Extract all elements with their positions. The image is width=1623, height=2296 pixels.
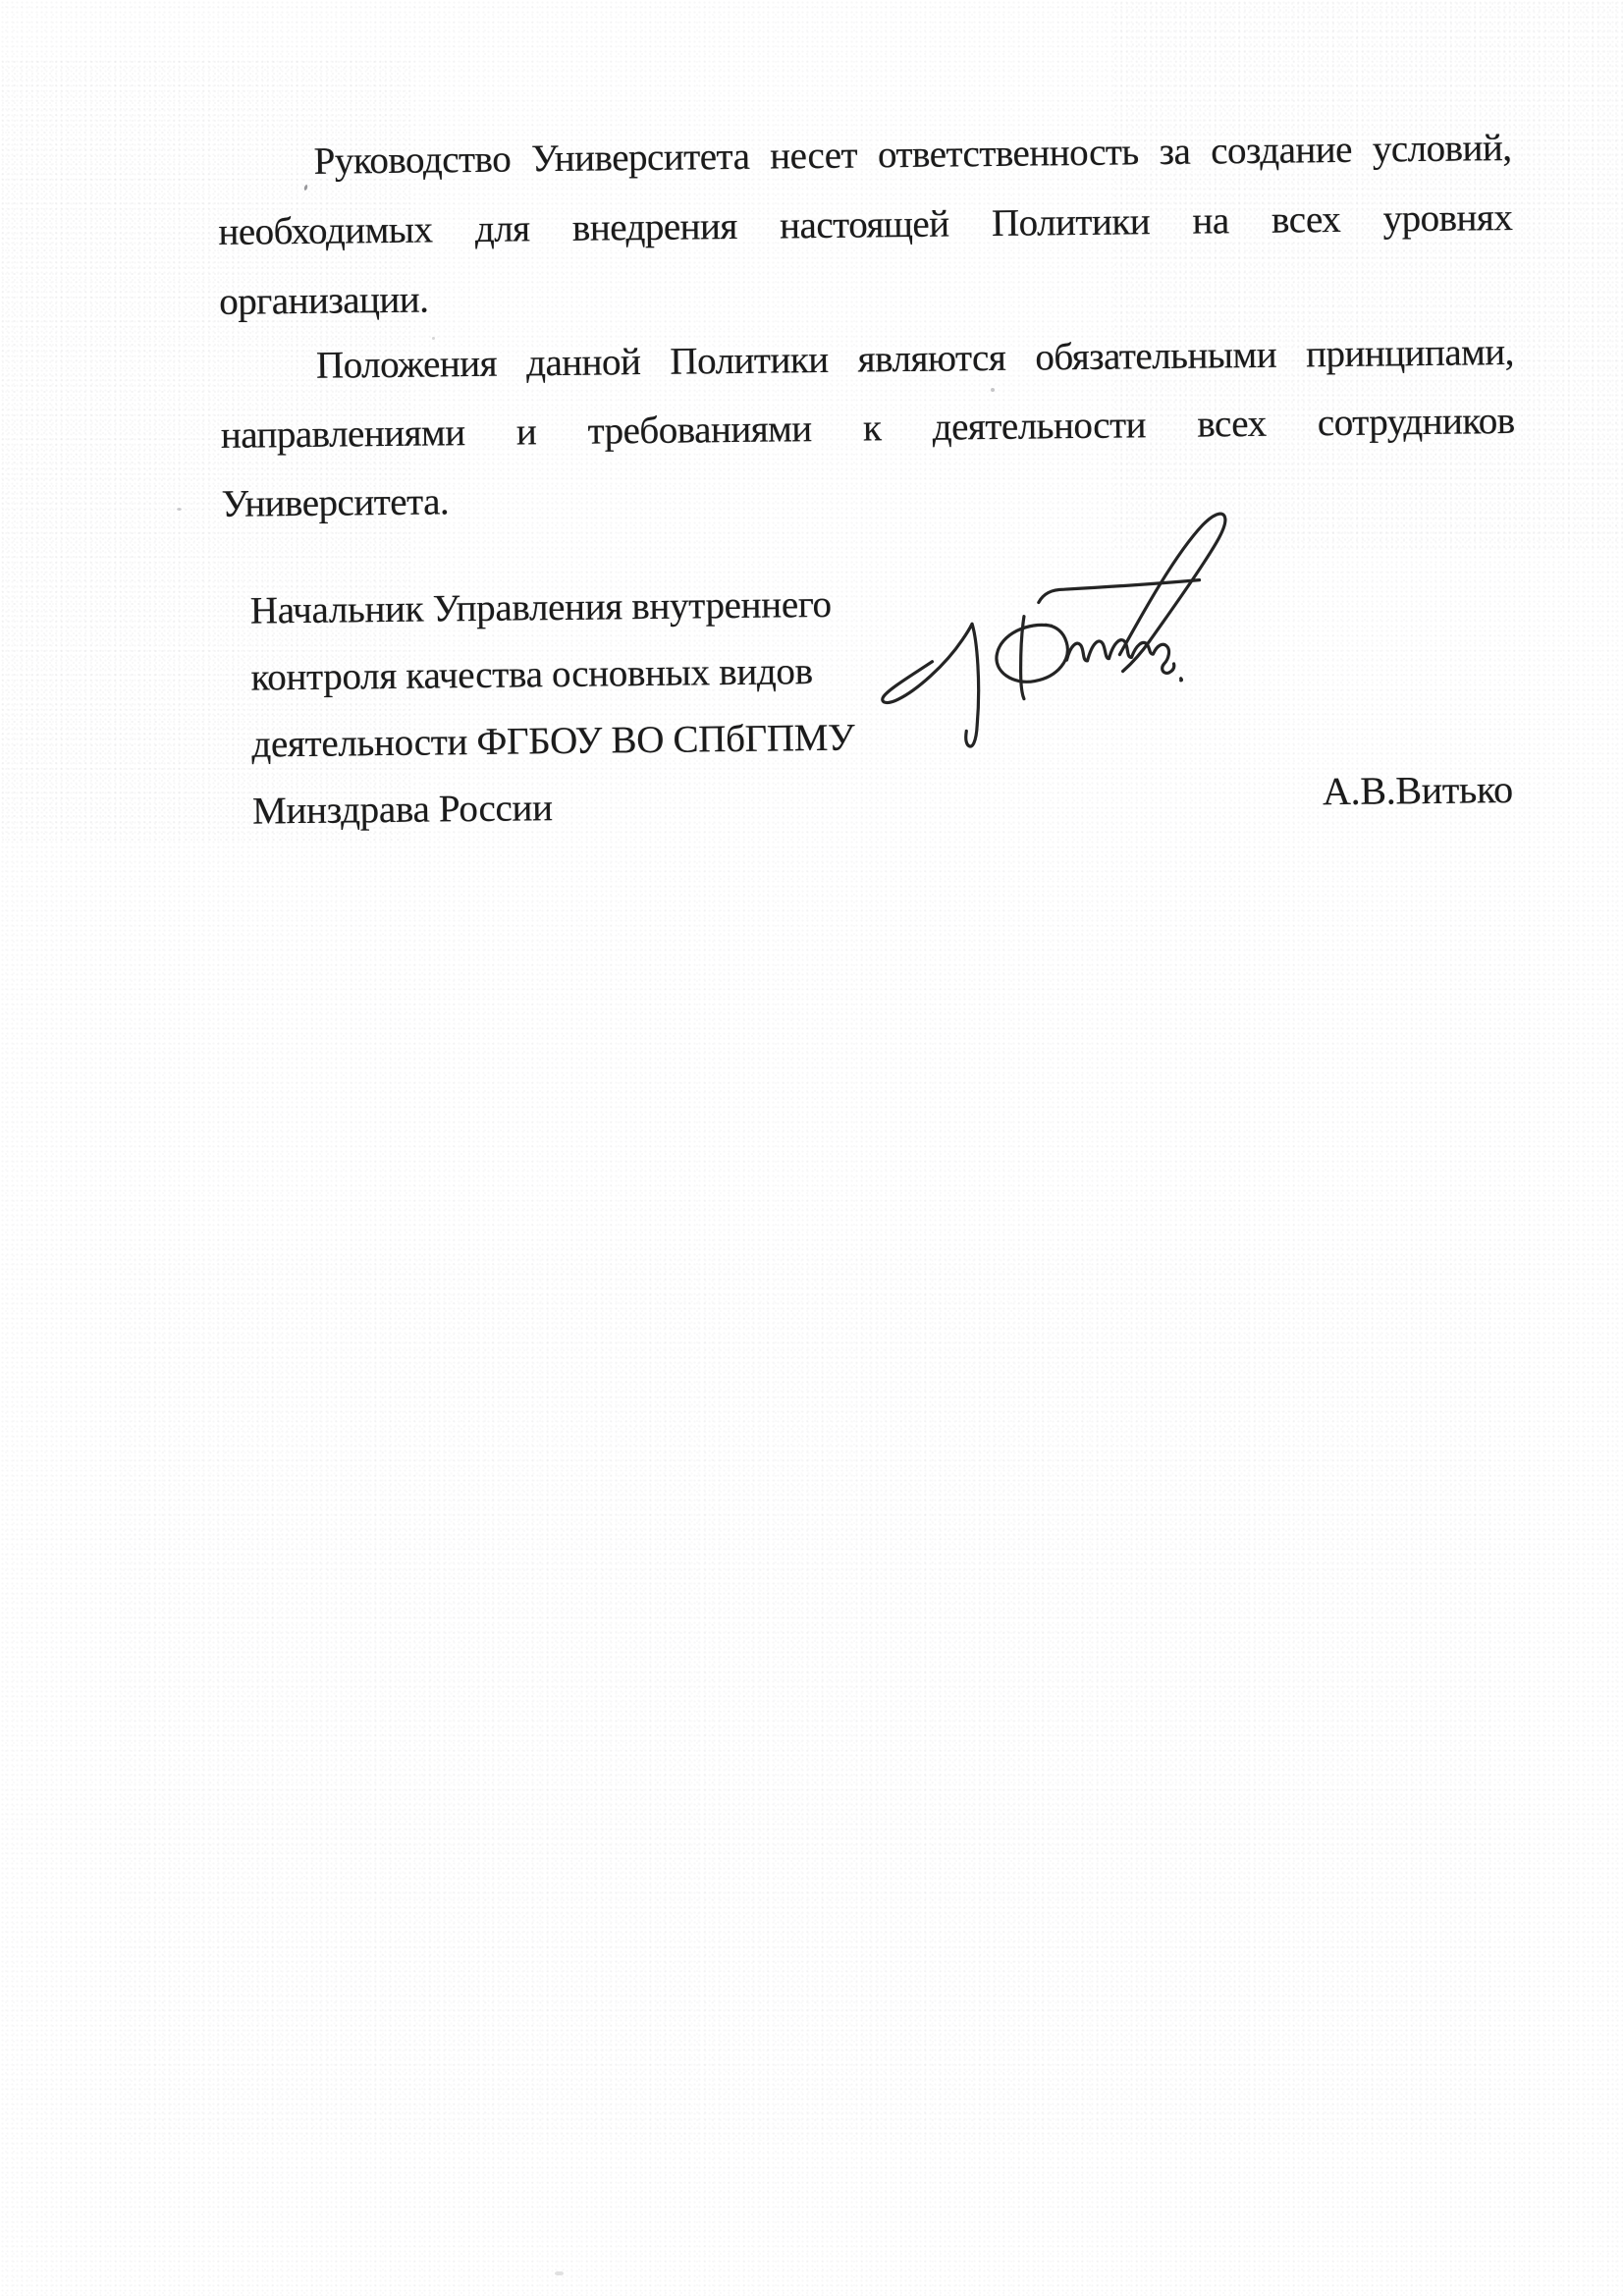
- paragraph-line: ПоложенияданнойПолитикиявляютсяобязатель…: [220, 329, 1515, 395]
- paragraph-line: организации.: [219, 264, 1514, 330]
- signature-title-line: Начальник Управления внутреннего: [250, 580, 880, 638]
- signature-title-line: деятельности ФГБОУ ВО СПбГПМУ: [251, 714, 881, 772]
- paragraph-line: направлениямиитребованиямикдеятельностив…: [221, 398, 1516, 464]
- scanned-document-page: РуководствоУниверситетанесетответственно…: [0, 0, 1623, 2296]
- document-content: РуководствоУниверситетанесетответственно…: [0, 0, 1623, 2296]
- scan-speck: [432, 337, 435, 340]
- signee-name: А.В.Витько: [1323, 765, 1618, 819]
- scan-speck: [177, 508, 182, 511]
- signature-title-line: контроля качества основных видов: [250, 647, 880, 705]
- scan-speck: [991, 388, 995, 392]
- signature-title-line: Минздрава России: [252, 781, 882, 839]
- paragraph-line: РуководствоУниверситетанесетответственно…: [217, 125, 1512, 191]
- paragraph-line: необходимыхдлявнедрениянастоящейПолитики…: [218, 194, 1513, 260]
- scan-speck: [555, 2271, 564, 2275]
- paragraph-line: Университета.: [221, 466, 1516, 532]
- handwritten-signature-icon: [870, 494, 1256, 773]
